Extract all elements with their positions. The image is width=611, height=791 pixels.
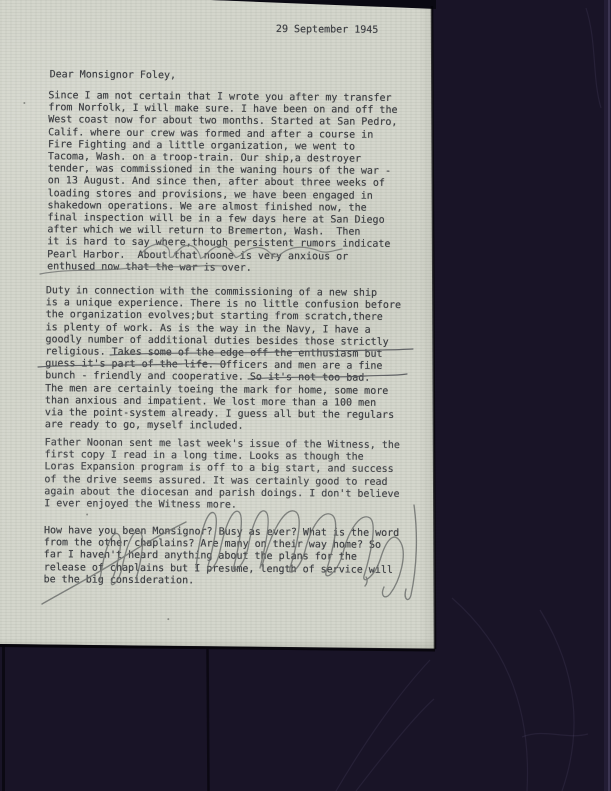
letter-paragraph-3: Father Noonan sent me last week's issue …: [44, 437, 400, 513]
pencil-speck: [86, 514, 88, 516]
cover-fold-line-center: [208, 648, 209, 791]
letter-page: 29 September 1945 Dear Monsignor Foley, …: [0, 0, 436, 650]
letter-date: 29 September 1945: [276, 24, 378, 37]
letter-paragraph-1: Since I am not certain that I wrote you …: [47, 90, 398, 276]
letter-paragraph-4: How have you been Monsignor? Busy as eve…: [44, 525, 400, 589]
scanned-letter-photo: 29 September 1945 Dear Monsignor Foley, …: [0, 0, 611, 791]
pencil-speck: [23, 102, 25, 104]
typed-text-layer: 29 September 1945 Dear Monsignor Foley, …: [0, 0, 436, 651]
letter-paragraph-2: Duty in connection with the commissionin…: [45, 285, 401, 434]
photo-right-edge-band: [604, 0, 611, 791]
pencil-speck: [167, 618, 169, 620]
letter-salutation: Dear Monsignor Foley,: [50, 69, 177, 82]
